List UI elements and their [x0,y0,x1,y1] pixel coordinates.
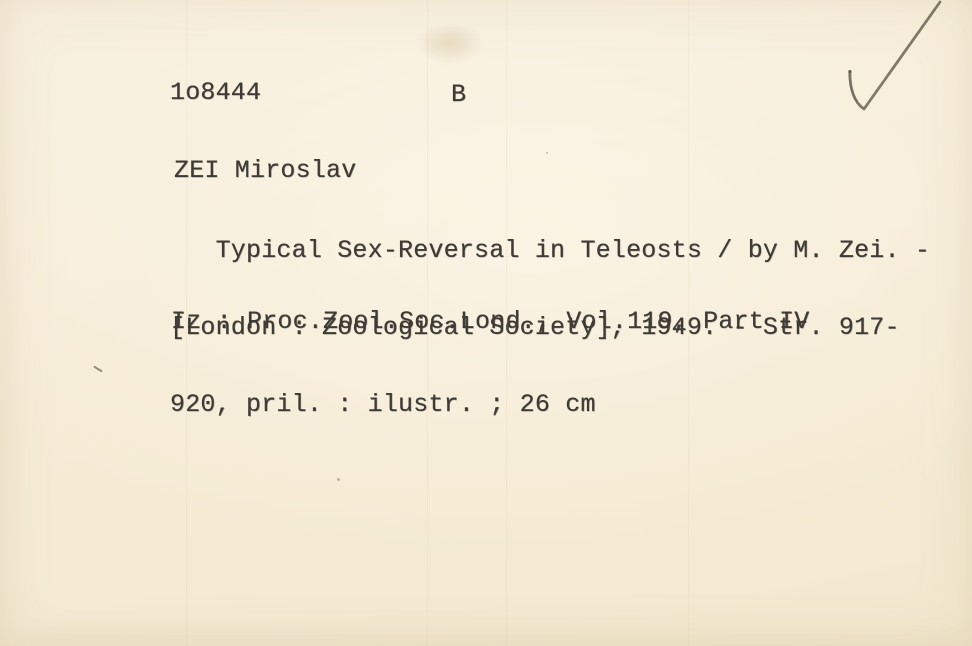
description-line-1: Typical Sex-Reversal in Teleosts / by M.… [170,238,930,264]
pencil-tick-mark [93,366,103,373]
source-note: Iz : Proc.Zool.Soc.Lond., Vol.119, Part … [171,309,810,335]
call-number: 1o8444 [170,80,261,106]
paper-speck [546,152,548,154]
description-line-3: 920, pril. : ilustr. ; 26 cm [170,392,930,418]
catalog-card: 1o8444 B ZEI Miroslav Typical Sex-Revers… [0,0,972,646]
section-letter: B [451,82,466,108]
author-heading: ZEI Miroslav [174,158,356,184]
paper-smudge [415,22,485,64]
pencil-checkmark-icon [828,0,958,122]
paper-speck [337,478,340,481]
